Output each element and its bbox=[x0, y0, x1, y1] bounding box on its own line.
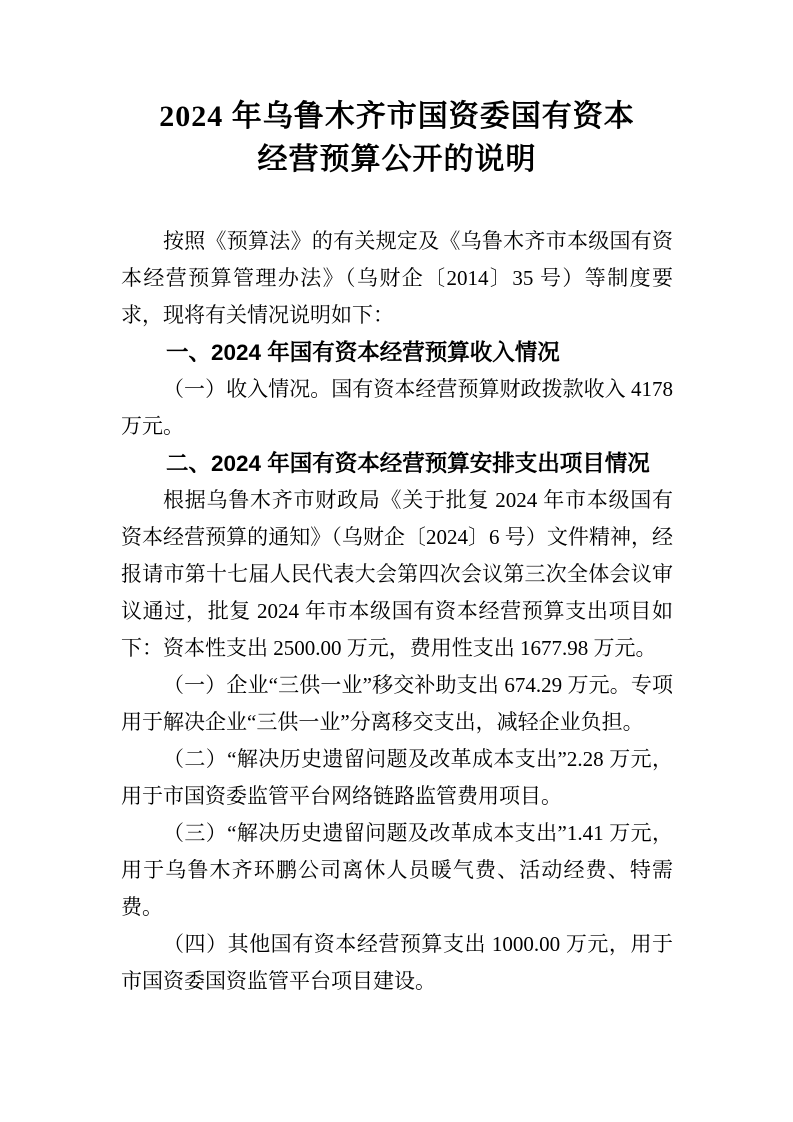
document-title-line-1: 2024 年乌鲁木齐市国资委国有资本 bbox=[121, 95, 673, 138]
paragraph: （一）企业“三供一业”移交补助支出 674.29 万元。专项用于解决企业“三供一… bbox=[121, 667, 673, 741]
paragraph: （一）收入情况。国有资本经营预算财政拨款收入 4178 万元。 bbox=[121, 371, 673, 445]
paragraph: （三）“解决历史遗留问题及改革成本支出”1.41 万元，用于乌鲁木齐环鹏公司离休… bbox=[121, 815, 673, 926]
section-heading: 一、2024 年国有资本经营预算收入情况 bbox=[121, 334, 673, 371]
document-page: 2024 年乌鲁木齐市国资委国有资本 经营预算公开的说明 按照《预算法》的有关规… bbox=[0, 0, 793, 1122]
paragraph: （四）其他国有资本经营预算支出 1000.00 万元，用于市国资委国资监管平台项… bbox=[121, 926, 673, 1000]
document-title: 2024 年乌鲁木齐市国资委国有资本 经营预算公开的说明 bbox=[0, 0, 793, 181]
paragraph: 按照《预算法》的有关规定及《乌鲁木齐市本级国有资本经营预算管理办法》（乌财企〔2… bbox=[121, 223, 673, 334]
section-heading: 二、2024 年国有资本经营预算安排支出项目情况 bbox=[121, 445, 673, 482]
paragraph: （二）“解决历史遗留问题及改革成本支出”2.28 万元，用于市国资委监管平台网络… bbox=[121, 741, 673, 815]
document-body: 按照《预算法》的有关规定及《乌鲁木齐市本级国有资本经营预算管理办法》（乌财企〔2… bbox=[121, 223, 673, 1000]
paragraph: 根据乌鲁木齐市财政局《关于批复 2024 年市本级国有资本经营预算的通知》（乌财… bbox=[121, 482, 673, 667]
document-title-line-2: 经营预算公开的说明 bbox=[121, 138, 673, 181]
